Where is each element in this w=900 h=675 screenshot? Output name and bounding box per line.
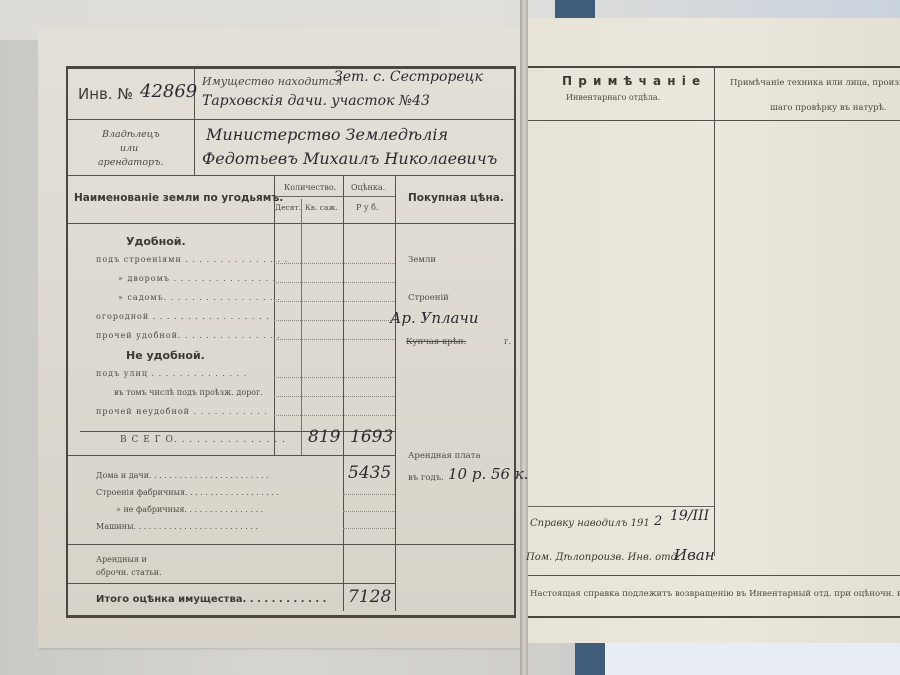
qty-column-header: Количество.	[284, 183, 336, 192]
divider	[68, 223, 514, 224]
note-subtitle: Инвентарнаго отдѣла.	[566, 93, 660, 102]
row-guide	[274, 377, 395, 378]
grand-total-value: 7128	[348, 587, 391, 607]
row-guide	[343, 511, 395, 512]
owner-handwritten-1: Министерство Земледѣлія	[206, 125, 448, 144]
owner-handwritten-2: Федотьевъ Михаилъ Николаевичъ	[202, 149, 497, 168]
value-sub-rub: Р у б.	[356, 203, 379, 212]
footer-note: Настоящая справка подлежитъ возвращенію …	[530, 589, 900, 599]
land-row: прочей удобной. . . . . . . . . . . . . …	[96, 331, 281, 340]
background-blue-strip	[555, 0, 595, 20]
tech-note-line2: шаго провѣрку въ натурѣ.	[770, 103, 886, 113]
divider	[301, 199, 302, 455]
total-sqsazh: 819	[308, 427, 340, 447]
grand-total-label: Итого оцѣнка имущества. . . . . . . . . …	[96, 594, 326, 605]
inv-number: 42869	[140, 81, 197, 102]
compiled-date: 19/III	[670, 508, 709, 524]
row-guide	[274, 301, 395, 302]
rent-items-label-2: оброчн. статьи.	[96, 568, 162, 577]
price-land-label: Земли	[408, 255, 436, 265]
row-guide	[274, 339, 395, 340]
row-guide	[274, 415, 395, 416]
book-spine	[520, 0, 528, 675]
row-guide	[343, 528, 395, 529]
land-row: » садомъ. . . . . . . . . . . . . . . . …	[118, 293, 281, 302]
name-column-header: Наименованіе земли по угодьямъ.	[74, 192, 283, 204]
building-value: 5435	[348, 463, 391, 483]
right-divider	[528, 575, 900, 576]
divider	[68, 119, 514, 120]
total-label: В С Е Г О. . . . . . . . . . . . . . .	[120, 435, 286, 445]
qty-sub-kvsazh: Кв. саж.	[305, 203, 338, 212]
divider	[343, 175, 344, 611]
owner-label-2: или	[120, 143, 138, 154]
price-column-header: Покупная цѣна.	[408, 192, 504, 204]
note-title: П р и м ѣ ч а н і е	[562, 74, 701, 88]
land-row: » дворомъ . . . . . . . . . . . . . . .	[118, 274, 276, 283]
convenient-heading: Удобной.	[126, 235, 186, 248]
divider	[274, 196, 395, 197]
row-guide	[274, 282, 395, 283]
price-buildings-label: Строеній	[408, 293, 449, 303]
right-column-divider	[714, 66, 715, 556]
building-row: Дома и дачи. . . . . . . . . . . . . . .…	[96, 471, 269, 480]
owner-label-3: арендаторъ.	[98, 157, 163, 168]
background-blue-strip-bottom	[575, 640, 605, 675]
location-label: Имущество находится	[202, 75, 342, 88]
compiled-label: Справку наводилъ 191	[530, 518, 650, 529]
divider	[68, 455, 395, 456]
qty-sub-desyat: Десят.	[275, 203, 301, 212]
divider	[395, 175, 396, 611]
total-rub: 1693	[350, 427, 393, 447]
divider	[68, 175, 514, 176]
row-guide	[274, 396, 395, 397]
land-row: прочей неудобной . . . . . . . . . . .	[96, 407, 268, 416]
right-divider	[528, 506, 714, 507]
row-guide	[343, 494, 395, 495]
compiled-year-digit: 2	[654, 514, 662, 529]
divider	[68, 544, 514, 545]
struck-deed-label: Купчая крѣп.	[406, 337, 466, 347]
inventory-form: Инв. № 42869 Имущество находится Зет. с.…	[66, 66, 516, 618]
clerk-label: Пом. Дѣлопроизв. Инв. отд.	[526, 552, 680, 563]
inconvenient-heading: Не удобной.	[126, 349, 205, 362]
right-bottom-border	[528, 616, 900, 618]
building-row: Машины. . . . . . . . . . . . . . . . . …	[96, 522, 258, 531]
divider	[80, 431, 395, 432]
land-row: подъ улиц . . . . . . . . . . . . . .	[96, 369, 247, 378]
location-handwritten-2: Тарховскія дачи. участок №43	[202, 93, 430, 109]
land-row: огородной . . . . . . . . . . . . . . . …	[96, 312, 277, 321]
owner-label-1: Владѣлецъ	[102, 129, 160, 140]
divider	[68, 583, 395, 584]
land-row: подъ строеніями . . . . . . . . . . . . …	[96, 255, 288, 264]
tech-note-line1: Примѣчаніе техника или лица, произв	[730, 78, 900, 88]
row-guide	[274, 263, 395, 264]
rent-items-label-1: Арендныя и	[96, 555, 147, 564]
value-column-header: Оцѣнка.	[351, 183, 385, 192]
building-row: Строенія фабричныя. . . . . . . . . . . …	[96, 488, 279, 497]
year-suffix: г.	[504, 337, 511, 347]
clerk-signature: Иван	[674, 546, 715, 564]
land-row: въ томъ числѣ подъ проѣзж. дорог.	[114, 388, 263, 397]
rent-label-2: въ годъ.	[408, 473, 444, 483]
price-handwritten-note: Ар. Уплачи	[390, 309, 478, 327]
building-row: » не фабричныя. . . . . . . . . . . . . …	[116, 505, 263, 514]
inv-label: Инв. №	[78, 85, 133, 103]
location-handwritten-1: Зет. с. Сестрорецк	[334, 69, 483, 85]
row-guide	[274, 320, 395, 321]
rent-value: 10 р. 56 к.	[448, 465, 529, 483]
rent-label-1: Арендная плата	[408, 451, 481, 461]
